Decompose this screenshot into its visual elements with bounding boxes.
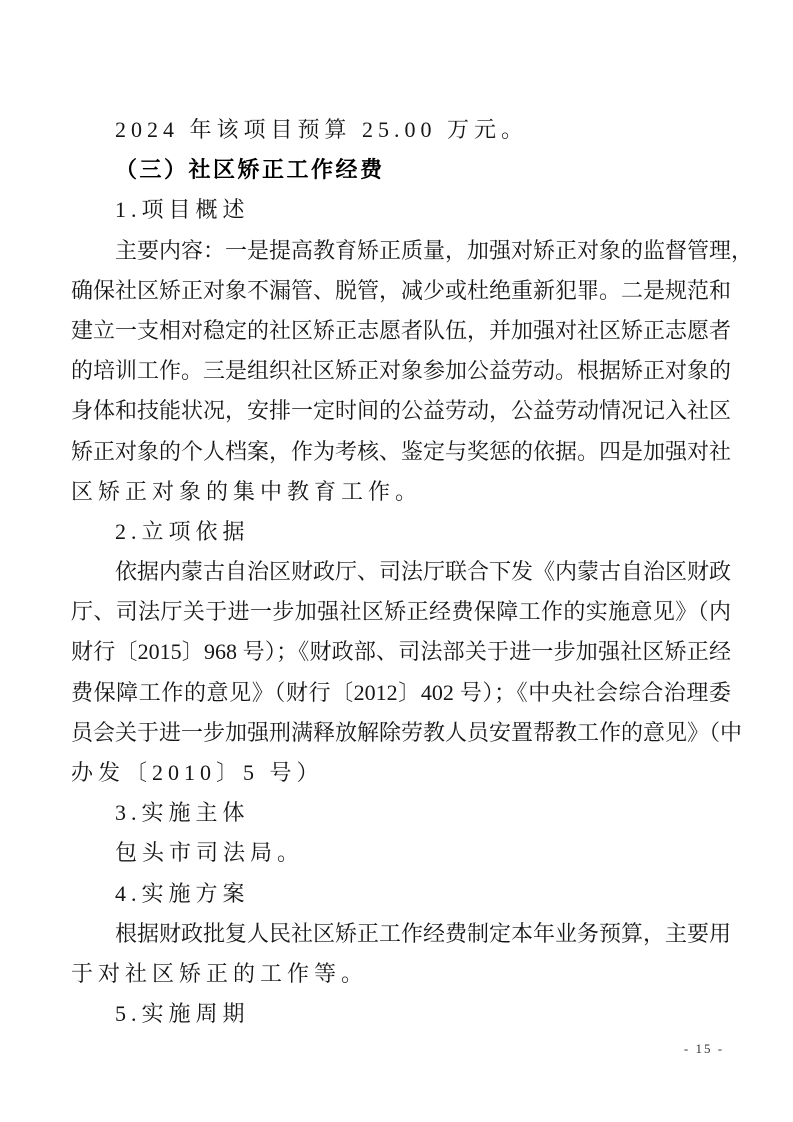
- text-line: 于对社区矫正的工作等。: [71, 954, 731, 994]
- text-line: 身体和技能状况，安排一定时间的公益劳动，公益劳动情况记入社区: [71, 391, 731, 431]
- document-page: 2024 年该项目预算 25.00 万元。（三）社区矫正工作经费1.项目概述主要…: [0, 0, 793, 1122]
- text-line: 3.实施主体: [71, 793, 731, 833]
- document-body: 2024 年该项目预算 25.00 万元。（三）社区矫正工作经费1.项目概述主要…: [71, 110, 731, 1034]
- text-line: 2024 年该项目预算 25.00 万元。: [71, 110, 731, 150]
- text-line: 员会关于进一步加强刑满释放解除劳教人员安置帮教工作的意见》（中: [71, 713, 731, 753]
- text-line: 依据内蒙古自治区财政厅、司法厅联合下发《内蒙古自治区财政: [71, 552, 731, 592]
- page-number: - 15 -: [652, 1040, 756, 1058]
- text-line: 建立一支相对稳定的社区矫正志愿者队伍，并加强对社区矫正志愿者: [71, 311, 731, 351]
- text-line: 办发〔2010〕5 号）: [71, 753, 731, 793]
- text-line: 2.立项依据: [71, 512, 731, 552]
- text-line: 主要内容：一是提高教育矫正质量，加强对矫正对象的监督管理，: [71, 231, 731, 271]
- text-line: 5.实施周期: [71, 994, 731, 1034]
- text-line: 包头市司法局。: [71, 833, 731, 873]
- text-line: 矫正对象的个人档案，作为考核、鉴定与奖惩的依据。四是加强对社: [71, 432, 731, 472]
- text-line: 根据财政批复人民社区矫正工作经费制定本年业务预算，主要用: [71, 914, 731, 954]
- text-line: 4.实施方案: [71, 874, 731, 914]
- text-line: 厅、司法厅关于进一步加强社区矫正经费保障工作的实施意见》（内: [71, 592, 731, 632]
- text-line: 费保障工作的意见》（财行〔2012〕402 号）；《中央社会综合治理委: [71, 673, 731, 713]
- text-line: 区矫正对象的集中教育工作。: [71, 472, 731, 512]
- section-heading: （三）社区矫正工作经费: [71, 150, 731, 190]
- text-line: 确保社区矫正对象不漏管、脱管，减少或杜绝重新犯罪。二是规范和: [71, 271, 731, 311]
- text-line: 的培训工作。三是组织社区矫正对象参加公益劳动。根据矫正对象的: [71, 351, 731, 391]
- text-line: 财行〔2015〕968 号）；《财政部、司法部关于进一步加强社区矫正经: [71, 632, 731, 672]
- text-line: 1.项目概述: [71, 190, 731, 230]
